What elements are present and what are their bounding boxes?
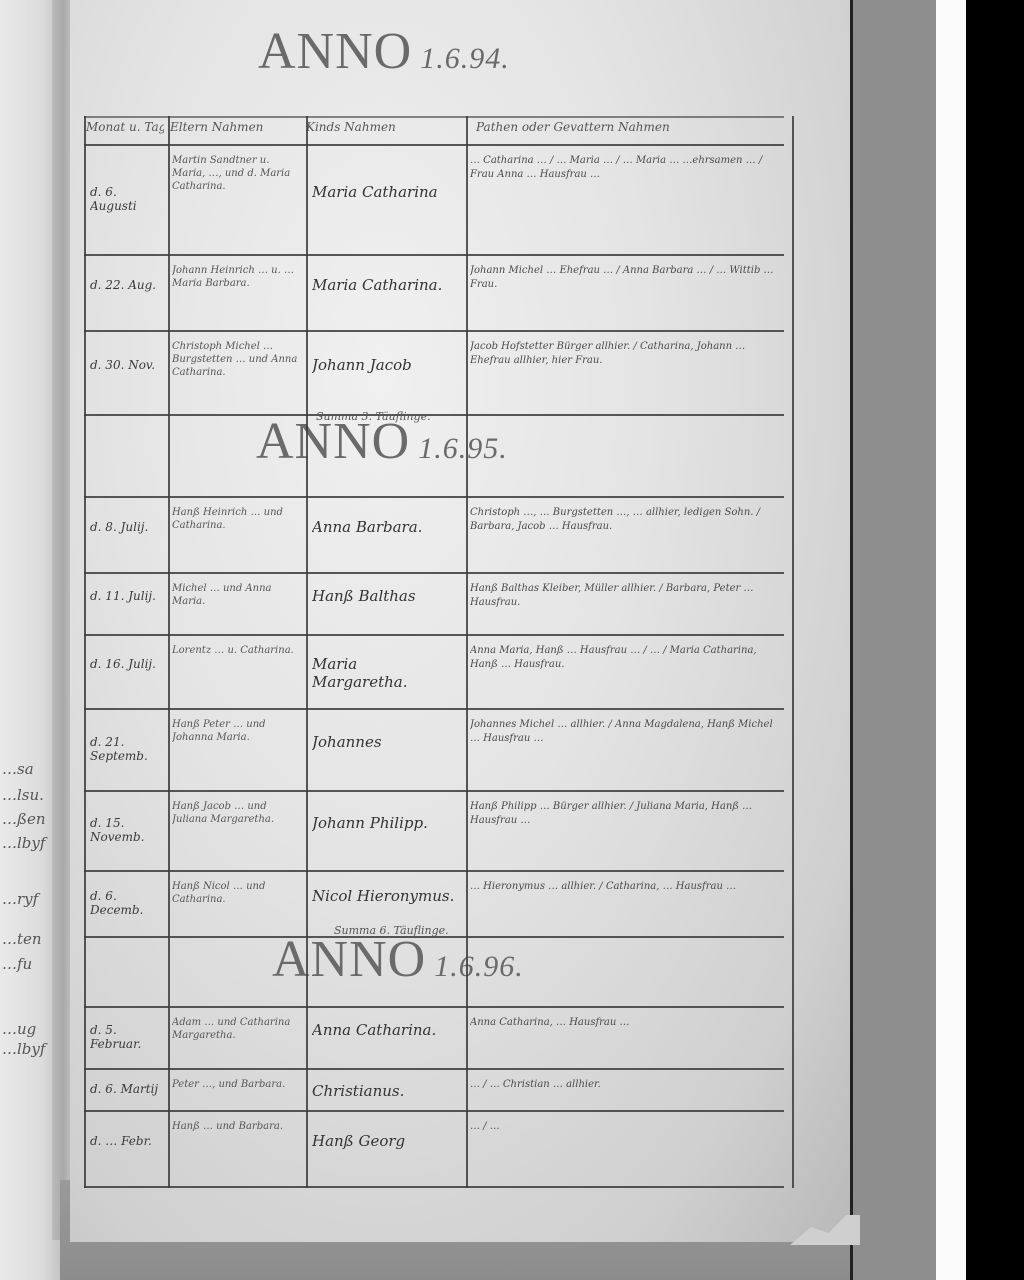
child-name: Anna Catharina.	[312, 1021, 456, 1064]
godparents-names: Anna Catharina, … Hausfrau …	[470, 1016, 776, 1064]
scan-border-black	[966, 0, 1024, 1280]
godparents-names: Anna Maria, Hanß … Hausfrau … / … / Mari…	[470, 644, 776, 704]
child-name: Hanß Balthas	[312, 587, 456, 630]
godparents-names: Jacob Hofstetter Bürger allhier. / Catha…	[470, 340, 776, 410]
facing-page-left: …sa …lsu. …ßen …lbyf …ryf …ten …fu …ug ……	[0, 0, 60, 1280]
godparents-names: … / … Christian … allhier.	[470, 1078, 776, 1106]
column-header-date: Monat u. Tag	[86, 120, 164, 142]
column-header-child: Kinds Nahmen	[306, 120, 454, 142]
section-summa: Summa 3. Täuflinge.	[316, 410, 431, 423]
baptism-date: d. 16. Julij.	[90, 657, 164, 704]
anno-label: ANNO	[258, 23, 412, 80]
godparents-names: Johannes Michel … allhier. / Anna Magdal…	[470, 718, 776, 786]
left-page-fragment: …lbyf	[2, 834, 45, 852]
row-divider	[84, 144, 784, 146]
row-divider	[84, 254, 784, 256]
row-divider	[84, 116, 784, 118]
left-page-fragment: …ryf	[2, 890, 38, 908]
row-divider	[84, 414, 784, 416]
row-divider	[84, 1068, 784, 1070]
row-divider	[84, 496, 784, 498]
child-name: Hanß Georg	[312, 1132, 456, 1182]
parents-names: Johann Heinrich … u. … Maria Barbara.	[172, 264, 300, 326]
baptism-date: d. 8. Julij.	[90, 520, 164, 568]
godparents-names: … Catharina … / … Maria … / … Maria … …e…	[470, 154, 776, 250]
baptism-date: d. 6. Martij	[90, 1082, 164, 1106]
parents-names: Adam … und Catharina Margaretha.	[172, 1016, 300, 1064]
child-name: Anna Barbara.	[312, 518, 456, 568]
parents-names: Martin Sandtner u. Maria, …, und d. Mari…	[172, 154, 300, 250]
parents-names: Peter …, und Barbara.	[172, 1078, 300, 1106]
baptism-date: d. 21. Septemb.	[90, 735, 164, 786]
parents-names: Christoph Michel … Burgstetten … und Ann…	[172, 340, 300, 410]
section-summa: Summa 6. Täuflinge.	[334, 924, 449, 937]
row-divider	[84, 790, 784, 792]
scan-border-white	[936, 0, 966, 1280]
column-divider	[306, 116, 308, 1188]
parents-names: Hanß Peter … und Johanna Maria.	[172, 718, 300, 786]
left-page-fragment: …lbyf	[2, 1040, 45, 1058]
child-name: Johann Jacob	[312, 356, 456, 410]
godparents-names: Christoph …, … Burgstetten …, … allhier,…	[470, 506, 776, 568]
column-divider	[84, 116, 86, 1188]
left-page-fragment: …ßen	[2, 810, 46, 828]
left-page-fragment: …ug	[2, 1020, 36, 1038]
godparents-names: … / …	[470, 1120, 776, 1182]
row-divider	[84, 870, 784, 872]
left-page-fragment: …lsu.	[2, 786, 44, 804]
parents-names: Hanß Heinrich … und Catharina.	[172, 506, 300, 568]
child-name: Christianus.	[312, 1082, 456, 1106]
child-name: Johannes	[312, 733, 456, 786]
column-divider	[792, 116, 794, 1188]
row-divider	[84, 634, 784, 636]
column-divider	[466, 116, 468, 1188]
baptism-date: d. 22. Aug.	[90, 278, 164, 326]
godparents-names: Hanß Philipp … Bürger allhier. / Juliana…	[470, 800, 776, 866]
year-label: 1.6.96.	[434, 950, 524, 983]
parents-names: Michel … und Anna Maria.	[172, 582, 300, 630]
child-name: Maria Catharina.	[312, 276, 456, 326]
row-divider	[84, 1110, 784, 1112]
left-page-fragment: …fu	[2, 955, 32, 973]
child-name: Johann Philipp.	[312, 814, 456, 866]
baptism-date: d. 15. Novemb.	[90, 816, 164, 866]
baptism-date: d. 6. Decemb.	[90, 889, 164, 932]
godparents-names: Hanß Balthas Kleiber, Müller allhier. / …	[470, 582, 776, 630]
parents-names: Hanß Nicol … und Catharina.	[172, 880, 300, 932]
baptism-date: d. … Febr.	[90, 1134, 164, 1182]
baptism-date: d. 30. Nov.	[90, 358, 164, 410]
year-label: 1.6.94.	[420, 42, 510, 75]
baptism-date: d. 11. Julij.	[90, 589, 164, 630]
parents-names: Lorentz … u. Catharina.	[172, 644, 300, 704]
row-divider	[84, 708, 784, 710]
parents-names: Hanß … und Barbara.	[172, 1120, 300, 1182]
year-label: 1.6.95.	[418, 432, 508, 465]
binding-board	[850, 0, 939, 1280]
row-divider	[84, 572, 784, 574]
baptism-date: d. 6. Augusti	[90, 185, 164, 250]
row-divider	[84, 330, 784, 332]
row-divider	[84, 1186, 784, 1188]
column-header-sponsors: Pathen oder Gevattern Nahmen	[476, 120, 776, 142]
child-name: Maria Margaretha.	[312, 655, 456, 704]
left-page-fragment: …sa	[2, 760, 34, 778]
column-header-parents: Eltern Nahmen	[170, 120, 296, 142]
year-heading-1694: ANNO1.6.94.	[258, 22, 510, 81]
left-page-fragment: …ten	[2, 930, 42, 948]
godparents-names: … Hieronymus … allhier. / Catharina, … H…	[470, 880, 776, 932]
anno-label: ANNO	[272, 931, 426, 988]
row-divider	[84, 1006, 784, 1008]
column-divider	[168, 116, 170, 1188]
parents-names: Hanß Jacob … und Juliana Margaretha.	[172, 800, 300, 866]
baptism-date: d. 5. Februar.	[90, 1023, 164, 1064]
godparents-names: Johann Michel … Ehefrau … / Anna Barbara…	[470, 264, 776, 326]
year-heading-1696: ANNO1.6.96.	[272, 930, 524, 989]
child-name: Maria Catharina	[312, 183, 456, 250]
